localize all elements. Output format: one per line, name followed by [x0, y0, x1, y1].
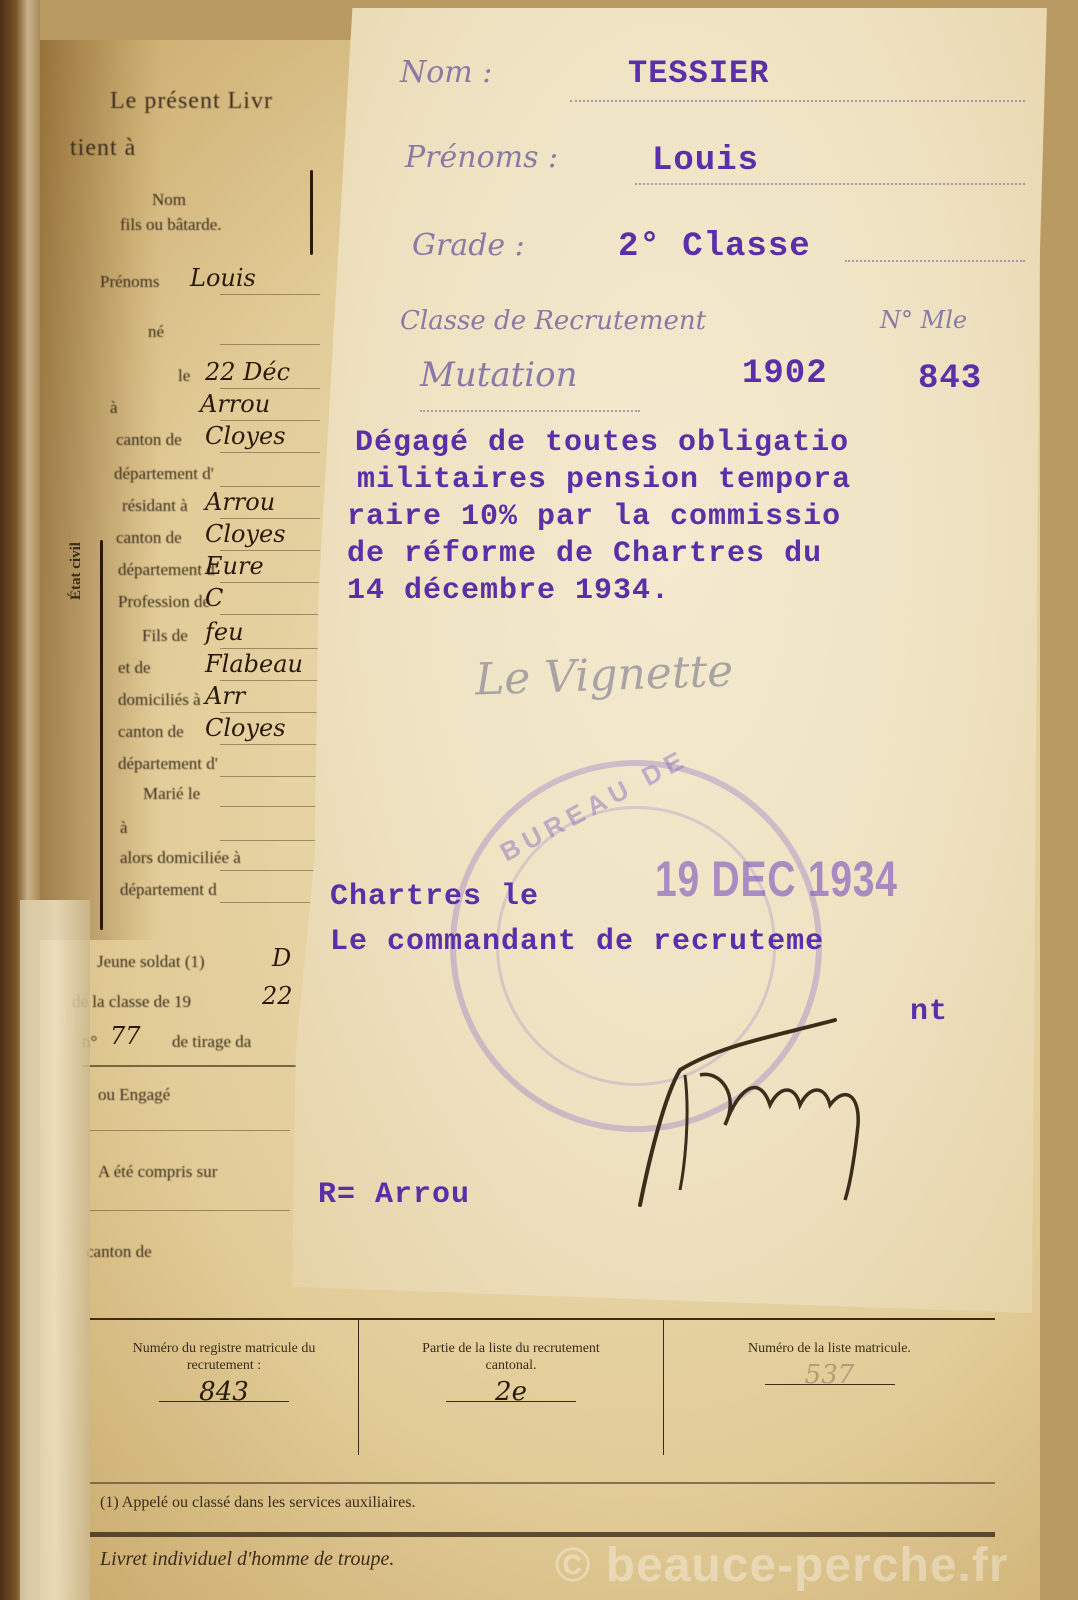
livret-field-label: résidant à — [122, 496, 188, 516]
livret-field-label: Fils de — [142, 626, 188, 646]
signatory-line: Le commandant de recruteme — [330, 925, 824, 959]
nom-label: Nom : — [400, 55, 492, 90]
livret-field-label: Nom — [152, 190, 186, 210]
decision-line: militaires pension tempora — [357, 462, 851, 499]
livret-field-label: fils ou bâtarde. — [120, 215, 222, 235]
dotted-line — [845, 260, 1025, 262]
livret-field-label: Profession de — [118, 592, 210, 612]
place-line: Chartres le — [330, 880, 539, 914]
divider-thick — [90, 1532, 995, 1537]
field-underline — [220, 486, 320, 487]
field-underline — [220, 420, 320, 421]
field-underline — [220, 518, 320, 519]
livret-field-value: Cloyes — [205, 520, 286, 548]
livret-field-value: Cloyes — [205, 714, 286, 742]
dotted-line — [570, 100, 1025, 102]
decision-line: 14 décembre 1934. — [347, 573, 851, 610]
livret-field-label: département d — [120, 880, 217, 900]
livret-field-value: Flabeau — [205, 650, 303, 678]
livret-field-label: département d' — [114, 464, 214, 484]
compris-label: A été compris sur — [98, 1162, 217, 1182]
livret-field-label: et de — [118, 658, 151, 678]
brace — [310, 170, 313, 255]
divider — [82, 1065, 302, 1067]
matricule-label: N° Mle — [880, 306, 967, 334]
livret-field-label: alors domiciliée à — [120, 848, 241, 868]
livret-field-label: né — [148, 322, 164, 342]
nom-value: TESSIER — [628, 55, 769, 92]
livret-header-line1: Le présent Livr — [110, 88, 273, 115]
livret-field-value: 22 Déc — [205, 358, 290, 386]
decision-text: Dégagé de toutes obligatio militaires pe… — [355, 425, 851, 610]
classe-recrutement-label: Classe de Recrutement — [400, 306, 706, 336]
bureau-line: R= Arrou — [318, 1178, 470, 1212]
tirage-value: 77 — [110, 1022, 141, 1050]
field-underline — [220, 344, 320, 345]
livret-field-value: feu — [205, 618, 244, 646]
table-cell: Numéro de la liste matricule. 537 — [663, 1320, 995, 1455]
date-stamp: 19 DEC 1934 — [655, 850, 898, 908]
livret-field-label: domiciliés à — [118, 690, 201, 710]
field-underline — [220, 806, 320, 807]
table-value: 843 — [159, 1384, 289, 1402]
livret-field-value: Arr — [205, 682, 245, 710]
field-underline — [220, 582, 320, 583]
field-underline — [220, 614, 320, 615]
table-cell: Numéro du registre matricule du recrutem… — [90, 1320, 358, 1455]
livret-field-label: à — [120, 818, 128, 838]
table-value: 2e — [446, 1384, 576, 1402]
field-underline — [220, 840, 320, 841]
field-underline — [220, 294, 320, 295]
pencil-annotation: Le Vignette — [474, 646, 734, 706]
signature — [630, 1015, 890, 1215]
footnote: (1) Appelé ou classé dans les services a… — [100, 1494, 415, 1512]
decision-line: de réforme de Chartres du — [347, 536, 851, 573]
field-underline — [220, 712, 320, 713]
divider — [90, 1482, 995, 1484]
livret-field-label: Marié le — [143, 784, 200, 804]
divider — [90, 1210, 290, 1211]
jeune-soldat-label: Jeune soldat (1) — [97, 952, 205, 972]
field-underline — [220, 648, 320, 649]
classe-year: 1902 — [742, 355, 828, 393]
livret-field-value: Louis — [190, 264, 256, 292]
prenoms-label: Prénoms : — [405, 140, 558, 175]
decision-line: raire 10% par la commissio — [347, 499, 851, 536]
side-label-etat-civil: État civil — [68, 542, 85, 600]
field-underline — [220, 776, 320, 777]
livret-header-line2: tient à — [70, 135, 136, 162]
field-underline — [220, 452, 320, 453]
mutation-label: Mutation — [420, 355, 578, 395]
livret-field-label: département d' — [118, 560, 218, 580]
table-header: Numéro de la liste matricule. — [664, 1340, 995, 1357]
signatory-line-cont: nt — [910, 995, 948, 1029]
livret-field-label: Prénoms — [100, 272, 160, 292]
grade-value: 2° Classe — [618, 228, 811, 266]
livret-field-value: Eure — [205, 552, 264, 580]
table-header: Numéro du registre matricule du recrutem… — [90, 1340, 358, 1374]
grade-label: Grade : — [412, 228, 525, 263]
watermark: © beauce-perche.fr — [555, 1538, 1009, 1593]
footer-title: Livret individuel d'homme de troupe. — [100, 1548, 394, 1571]
dotted-line — [635, 183, 1025, 185]
matricule-table: Numéro du registre matricule du recrutem… — [90, 1318, 995, 1455]
livret-field-label: le — [178, 366, 190, 386]
livret-field-label: département d' — [118, 754, 218, 774]
tirage-label: de tirage da — [172, 1032, 251, 1052]
livret-field-label: canton de — [116, 528, 182, 548]
field-underline — [220, 902, 320, 903]
field-underline — [220, 388, 320, 389]
brace — [100, 540, 103, 930]
livret-field-value: Arrou — [205, 488, 275, 516]
livret-field-label: canton de — [116, 430, 182, 450]
table-value: 537 — [765, 1367, 895, 1385]
divider — [90, 1130, 290, 1131]
field-underline — [220, 680, 320, 681]
decision-line: Dégagé de toutes obligatio — [355, 425, 851, 462]
classe-value: 22 — [262, 982, 293, 1010]
jeune-soldat-value: D — [272, 944, 291, 972]
dotted-line — [420, 410, 640, 412]
table-header: Partie de la liste du recrutement canton… — [359, 1340, 663, 1374]
field-underline — [220, 550, 320, 551]
field-underline — [220, 744, 320, 745]
livret-field-label: à — [110, 398, 118, 418]
table-cell: Partie de la liste du recrutement canton… — [358, 1320, 663, 1455]
engage-label: ou Engagé — [98, 1085, 170, 1105]
livret-field-value: C — [205, 584, 223, 612]
field-underline — [220, 870, 320, 871]
livret-field-label: canton de — [118, 722, 184, 742]
livret-field-value: Cloyes — [205, 422, 286, 450]
canton-label: canton de — [86, 1242, 152, 1262]
livret-field-value: Arrou — [200, 390, 270, 418]
matricule-number: 843 — [918, 360, 982, 398]
paper-fold — [20, 900, 90, 1600]
prenoms-value: Louis — [652, 142, 759, 180]
